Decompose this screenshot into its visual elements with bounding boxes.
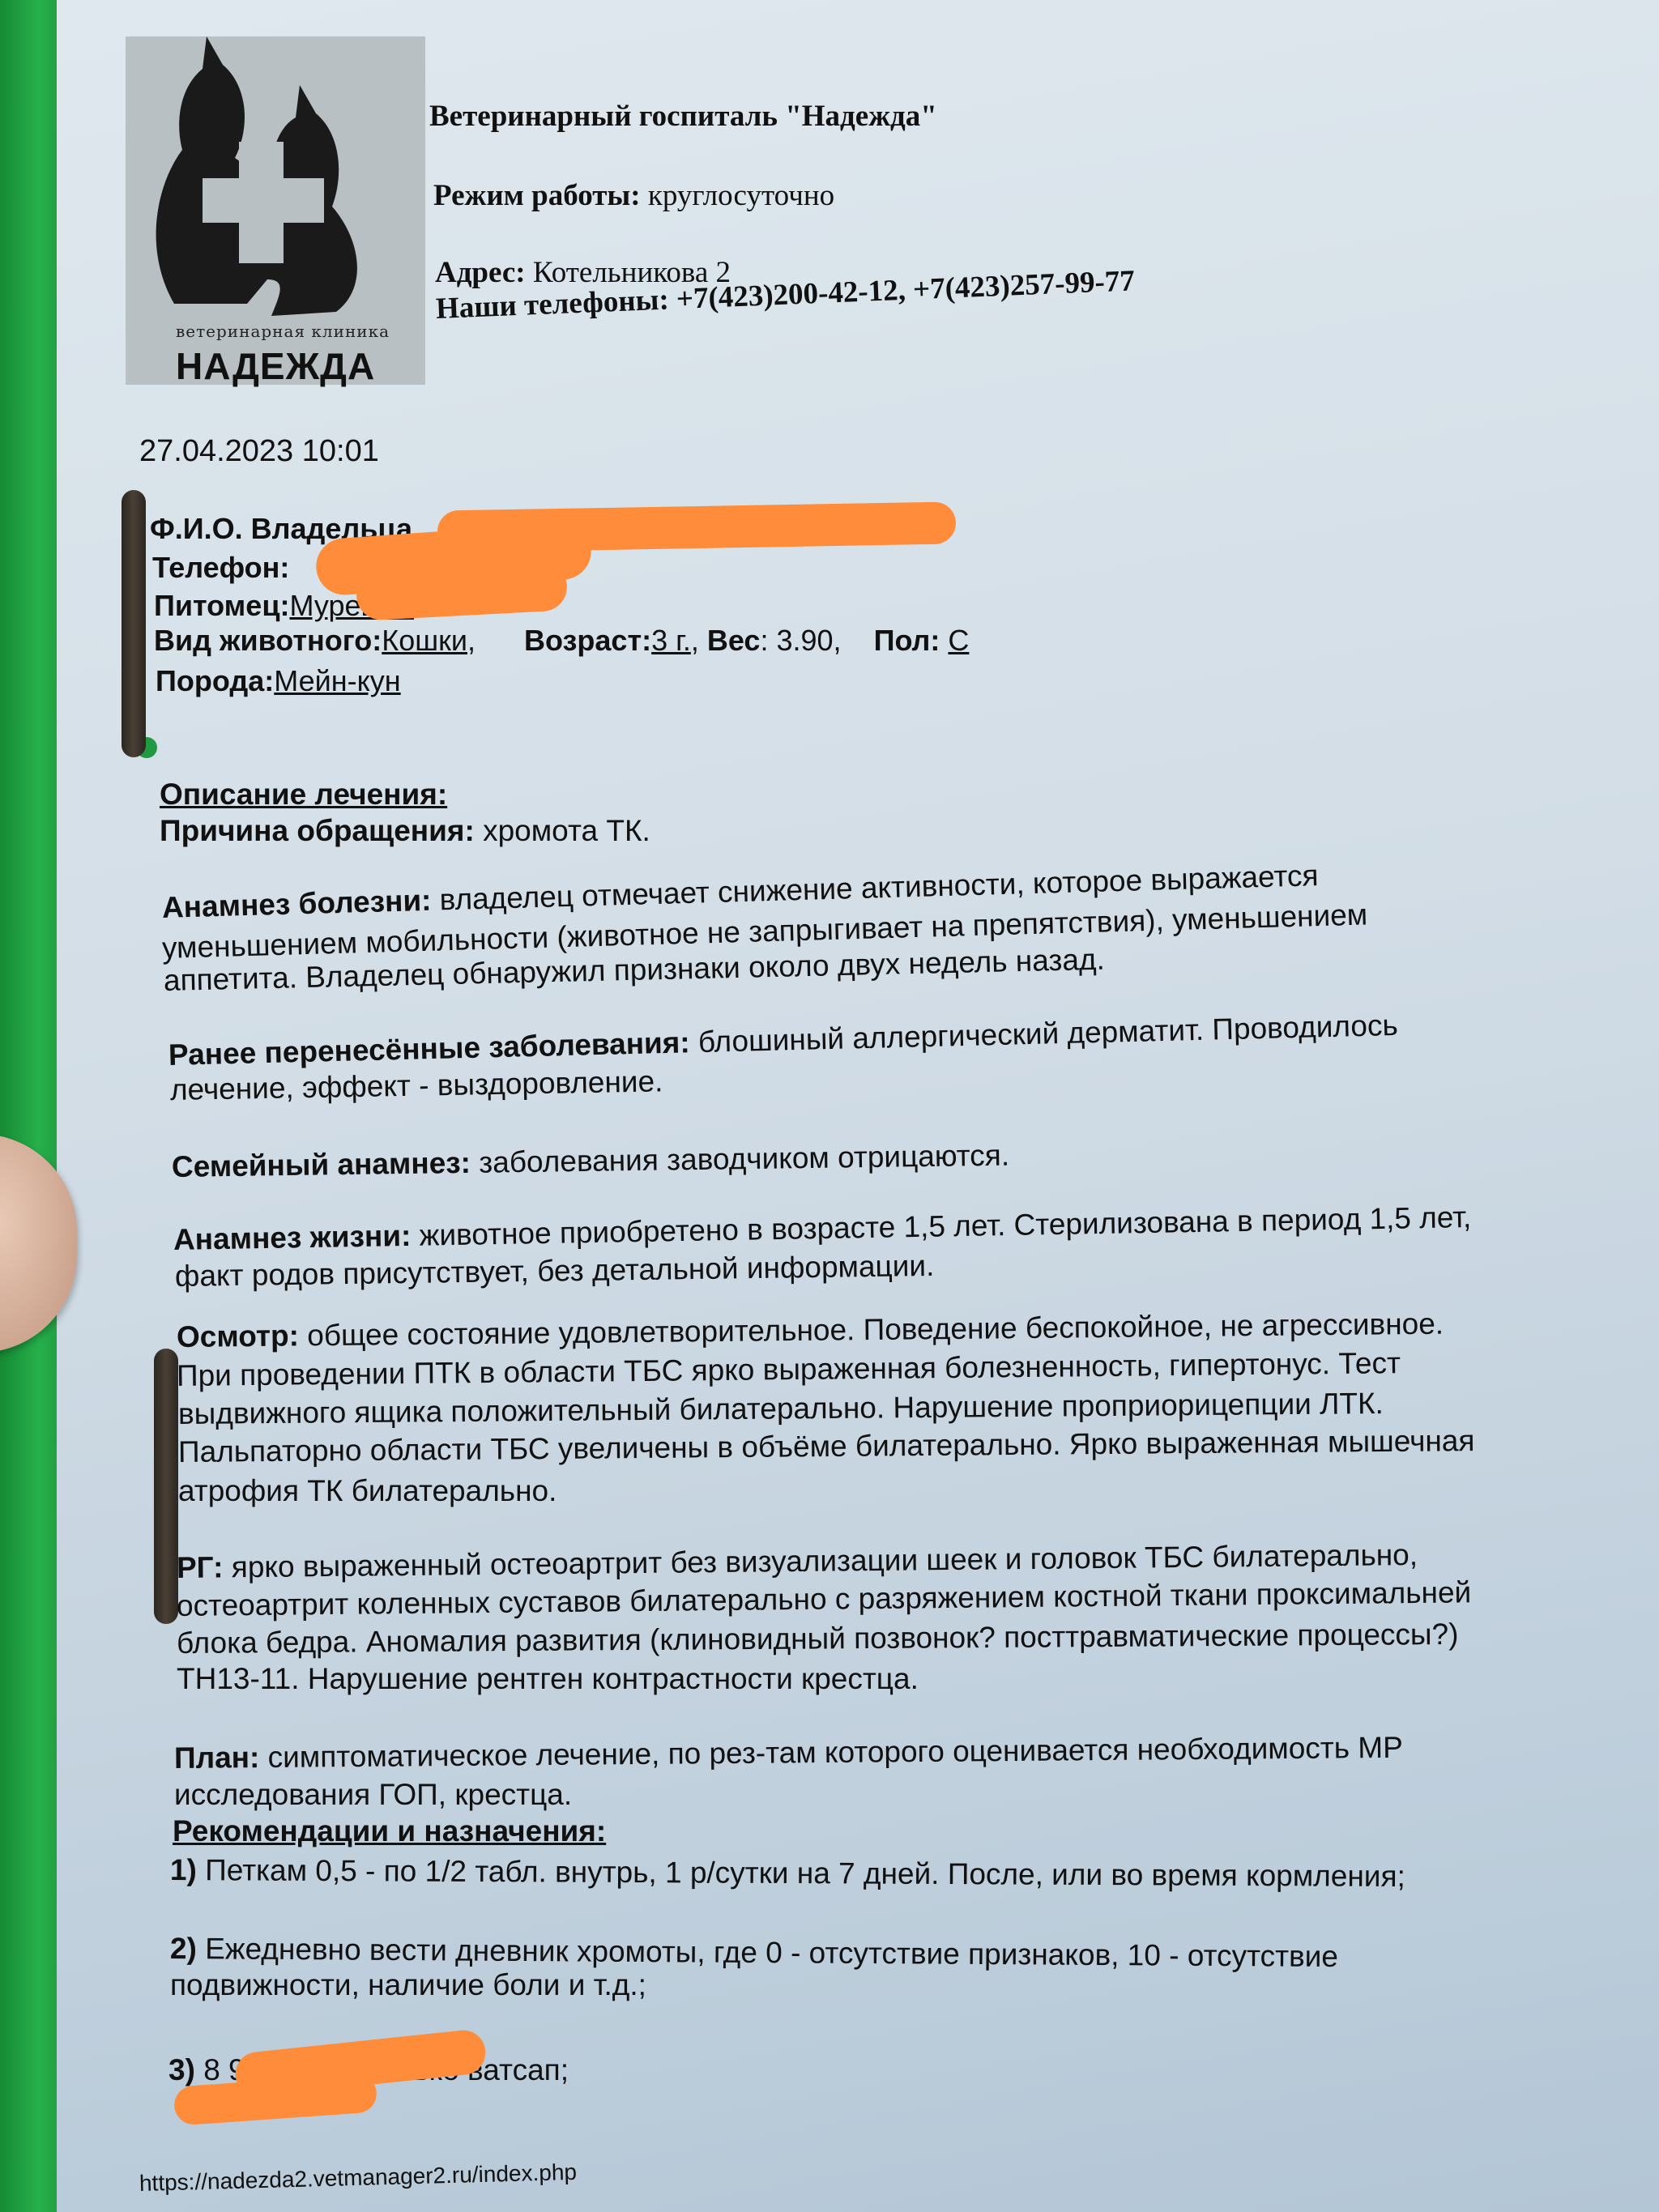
reason-value: хромота ТК.	[483, 814, 650, 847]
pet-label: Питомец:	[154, 589, 289, 622]
age-label: Возраст:	[524, 624, 651, 657]
exam-line-5: атрофия ТК билатерально.	[178, 1474, 557, 1508]
age-value: 3 г.	[651, 624, 691, 657]
logo-name: НАДЕЖДА	[176, 344, 375, 388]
life-label: Анамнез жизни:	[173, 1219, 412, 1256]
binder-clip-bottom	[154, 1349, 178, 1624]
species-value: Кошки	[382, 624, 467, 657]
species-row: Вид животного:Кошки, Возраст:3 г., Вес: …	[154, 624, 969, 658]
exam-label: Осмотр:	[177, 1319, 299, 1353]
hours-label: Режим работы:	[433, 179, 641, 212]
dog-cat-cross-icon	[126, 36, 425, 320]
plan-line-2: исследования ГОП, крестца.	[174, 1778, 572, 1812]
anamnesis-disease-label: Анамнез болезни:	[161, 884, 432, 924]
address-label: Адрес:	[435, 256, 526, 289]
logo-subtitle: ветеринарная клиника	[176, 322, 390, 341]
recommendation-number: 2)	[170, 1932, 197, 1965]
xray-line-4: ТН13-11. Нарушение рентген контрастности…	[177, 1662, 919, 1696]
binder-clip-top	[122, 490, 146, 757]
breed-row: Порода:Мейн-кун	[156, 664, 401, 698]
xray-label: РГ:	[177, 1550, 224, 1584]
visit-datetime: 27.04.2023 10:01	[139, 434, 379, 469]
recommendation-number: 1)	[170, 1853, 197, 1886]
recommendation-number: 3)	[168, 2053, 195, 2086]
recommendation-text: Петкам 0,5 - по 1/2 табл. внутрь, 1 р/су…	[205, 1853, 1405, 1893]
species-label: Вид животного:	[154, 624, 382, 657]
sex-label: Пол:	[874, 624, 940, 657]
family-label: Семейный анамнез:	[172, 1146, 471, 1183]
treatment-heading: Описание лечения:	[160, 778, 447, 812]
reason-label: Причина обращения:	[160, 814, 475, 847]
recommendation-1: 1) Петкам 0,5 - по 1/2 табл. внутрь, 1 р…	[170, 1853, 1405, 1894]
breed-value: Мейн-кун	[274, 664, 400, 697]
recommendation-text: Ежедневно вести дневник хромоты, где 0 -…	[205, 1932, 1338, 1973]
recommendations-heading: Рекомендации и назначения:	[173, 1814, 606, 1848]
family-value: заболевания заводчиком отрицаются.	[479, 1139, 1009, 1179]
breed-label: Порода:	[156, 664, 274, 697]
reason-row: Причина обращения: хромота ТК.	[160, 814, 650, 848]
clinic-hours: Режим работы: круглосуточно	[433, 178, 834, 213]
green-folder	[0, 0, 65, 2212]
clinic-logo: ветеринарная клиника НАДЕЖДА	[126, 36, 425, 385]
hours-value: круглосуточно	[648, 179, 834, 212]
phone-row: Телефон:	[152, 551, 289, 585]
plan-label: План:	[174, 1741, 260, 1775]
clinic-name: Ветеринарный госпиталь "Надежда"	[429, 99, 937, 134]
recommendation-2-line-2: подвижности, наличие боли и т.д.;	[170, 1968, 646, 2002]
weight-value: 3.90	[776, 624, 833, 657]
phone-label: Телефон:	[152, 551, 289, 584]
sex-value: С	[948, 624, 969, 657]
weight-label: Вес	[707, 624, 761, 657]
